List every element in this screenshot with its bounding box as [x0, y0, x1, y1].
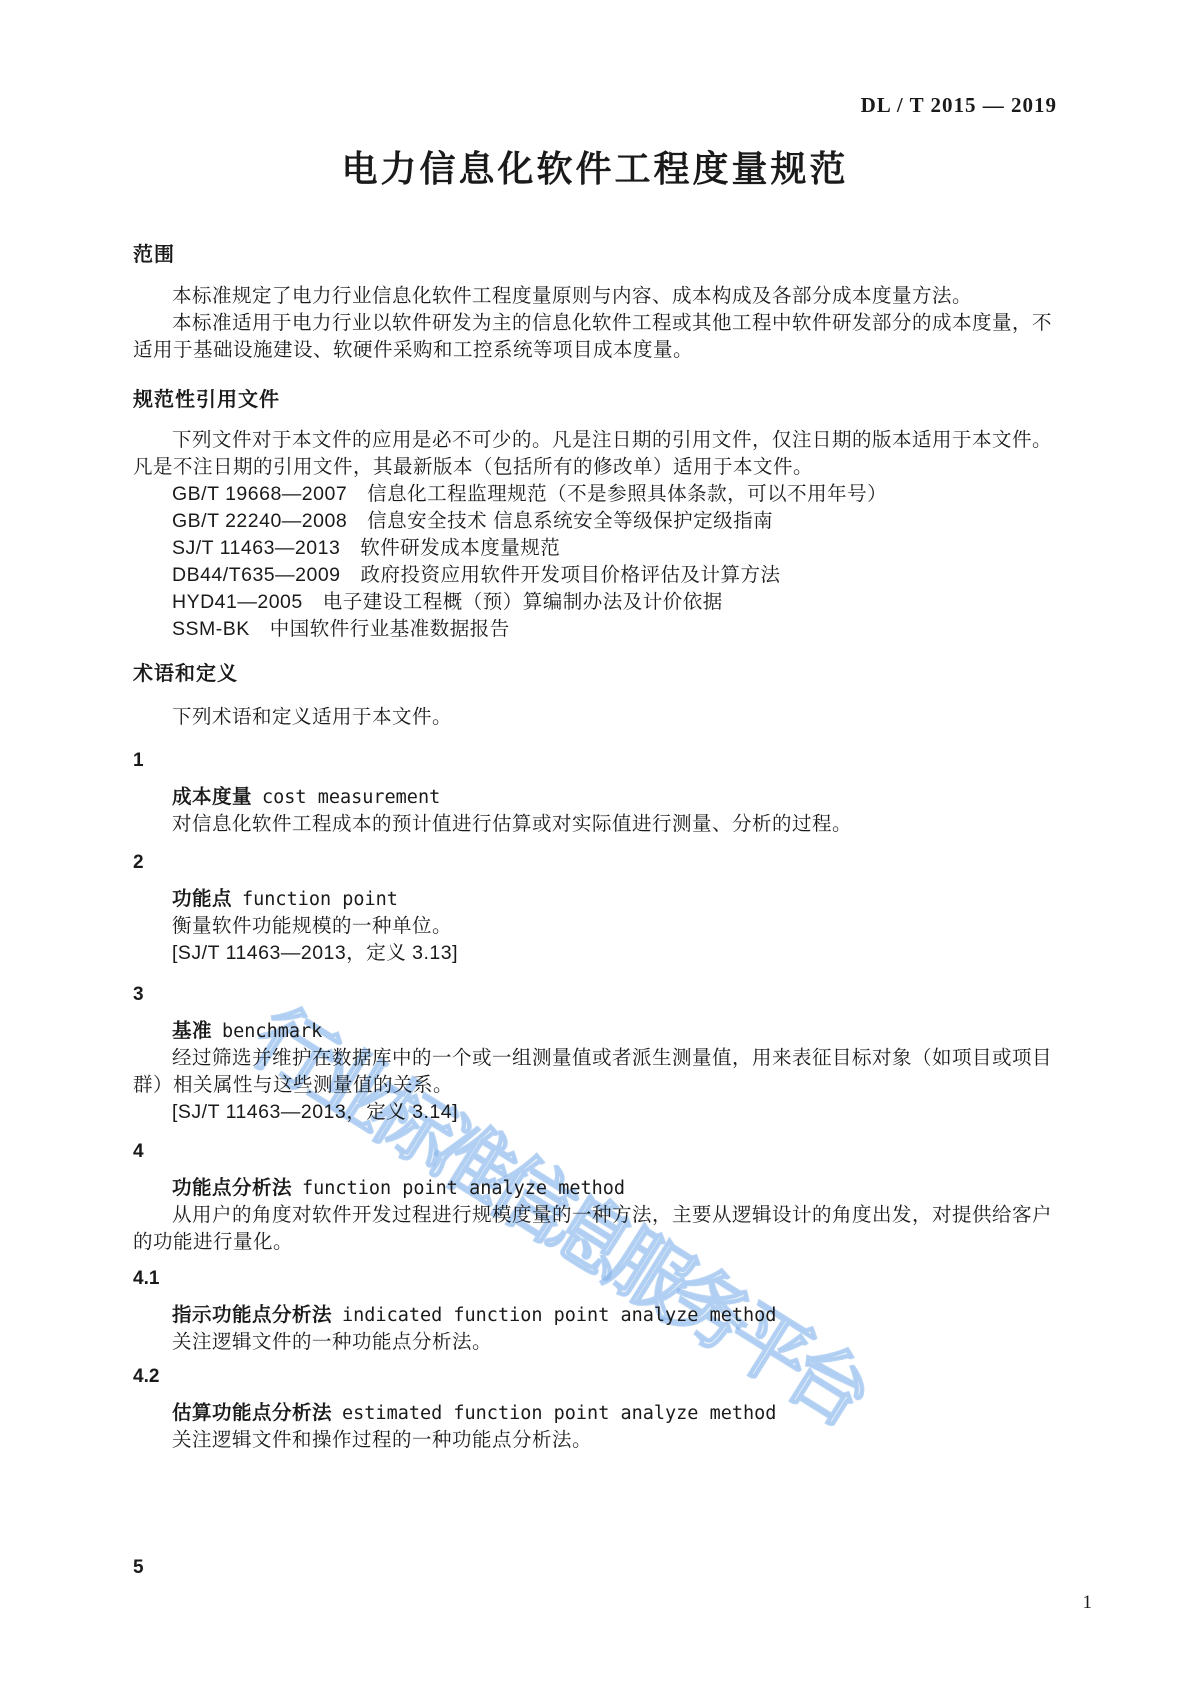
- reference-item: SSM-BK 中国软件行业基准数据报告: [133, 616, 1057, 643]
- page-content: DL / T 2015 — 2019 电力信息化软件工程度量规范 范围 本标准规…: [133, 0, 1057, 1581]
- term-number: 3: [133, 981, 1057, 1008]
- scope-paragraph-1: 本标准规定了电力行业信息化软件工程度量原则与内容、成本构成及各部分成本度量方法。: [133, 283, 1057, 310]
- heading-terms: 术语和定义: [133, 660, 1057, 688]
- term-item: 1 成本度量cost measurement 对信息化软件工程成本的预计值进行估…: [133, 747, 1057, 838]
- term-zh: 成本度量: [172, 786, 252, 808]
- page-number: 1: [1083, 1591, 1093, 1615]
- term-number: 1: [133, 747, 1057, 774]
- term-definition: 经过筛选并维护在数据库中的一个或一组测量值或者派生测量值，用来表征目标对象（如项…: [133, 1045, 1057, 1099]
- term-number: 2: [133, 849, 1057, 876]
- term-source: [SJ/T 11463—2013，定义 3.13]: [133, 940, 1057, 967]
- term-en: cost measurement: [262, 787, 440, 808]
- reference-item: GB/T 19668—2007 信息化工程监理规范（不是参照具体条款，可以不用年…: [133, 481, 1057, 508]
- document-title: 电力信息化软件工程度量规范: [133, 147, 1057, 191]
- scope-paragraph-2: 本标准适用于电力行业以软件研发为主的信息化软件工程或其他工程中软件研发部分的成本…: [133, 310, 1057, 364]
- term-zh: 估算功能点分析法: [172, 1402, 332, 1424]
- term-title: 成本度量cost measurement: [133, 784, 1057, 811]
- term-item: 3 基准benchmark 经过筛选并维护在数据库中的一个或一组测量值或者派生测…: [133, 981, 1057, 1126]
- term-definition: 从用户的角度对软件开发过程进行规模度量的一种方法，主要从逻辑设计的角度出发，对提…: [133, 1202, 1057, 1256]
- term-en: benchmark: [222, 1021, 322, 1042]
- reference-item: HYD41—2005 电子建设工程概（预）算编制办法及计价依据: [133, 589, 1057, 616]
- term-number: 4.1: [133, 1265, 1057, 1292]
- reference-item: GB/T 22240—2008 信息安全技术 信息系统安全等级保护定级指南: [133, 508, 1057, 535]
- term-title: 基准benchmark: [133, 1018, 1057, 1045]
- term-en: function point analyze method: [302, 1178, 625, 1199]
- term-title: 指示功能点分析法indicated function point analyze…: [133, 1302, 1057, 1329]
- term-item: 4 功能点分析法function point analyze method 从用…: [133, 1138, 1057, 1256]
- term-item: 2 功能点function point 衡量软件功能规模的一种单位。 [SJ/T…: [133, 849, 1057, 967]
- term-zh: 功能点: [172, 888, 232, 910]
- term-title: 功能点function point: [133, 886, 1057, 913]
- term-en: indicated function point analyze method: [342, 1305, 776, 1326]
- term-definition: 衡量软件功能规模的一种单位。: [133, 913, 1057, 940]
- document-page: 行业标准信息服务平台 DL / T 2015 — 2019 电力信息化软件工程度…: [0, 0, 1190, 1684]
- heading-normative-references: 规范性引用文件: [133, 386, 1057, 414]
- term-source: [SJ/T 11463—2013，定义 3.14]: [133, 1099, 1057, 1126]
- term-definition: 对信息化软件工程成本的预计值进行估算或对实际值进行测量、分析的过程。: [133, 811, 1057, 838]
- term-item: 5: [133, 1554, 1057, 1581]
- term-zh: 基准: [172, 1020, 212, 1042]
- term-en: function point: [242, 889, 398, 910]
- term-zh: 功能点分析法: [172, 1177, 292, 1199]
- heading-scope: 范围: [133, 241, 1057, 269]
- term-number: 4.2: [133, 1363, 1057, 1390]
- normative-references-intro: 下列文件对于本文件的应用是必不可少的。凡是注日期的引用文件，仅注日期的版本适用于…: [133, 427, 1057, 481]
- term-title: 功能点分析法function point analyze method: [133, 1175, 1057, 1202]
- term-zh: 指示功能点分析法: [172, 1304, 332, 1326]
- term-number: 5: [133, 1554, 1057, 1581]
- term-item: 4.1 指示功能点分析法indicated function point ana…: [133, 1265, 1057, 1356]
- standard-code: DL / T 2015 — 2019: [133, 0, 1057, 119]
- term-definition: 关注逻辑文件的一种功能点分析法。: [133, 1329, 1057, 1356]
- term-title: 估算功能点分析法estimated function point analyze…: [133, 1400, 1057, 1427]
- term-item: 4.2 估算功能点分析法estimated function point ana…: [133, 1363, 1057, 1454]
- reference-list: GB/T 19668—2007 信息化工程监理规范（不是参照具体条款，可以不用年…: [133, 481, 1057, 643]
- term-number: 4: [133, 1138, 1057, 1165]
- term-en: estimated function point analyze method: [342, 1403, 776, 1424]
- reference-item: DB44/T635—2009 政府投资应用软件开发项目价格评估及计算方法: [133, 562, 1057, 589]
- terms-intro: 下列术语和定义适用于本文件。: [133, 704, 1057, 731]
- reference-item: SJ/T 11463—2013 软件研发成本度量规范: [133, 535, 1057, 562]
- term-definition: 关注逻辑文件和操作过程的一种功能点分析法。: [133, 1427, 1057, 1454]
